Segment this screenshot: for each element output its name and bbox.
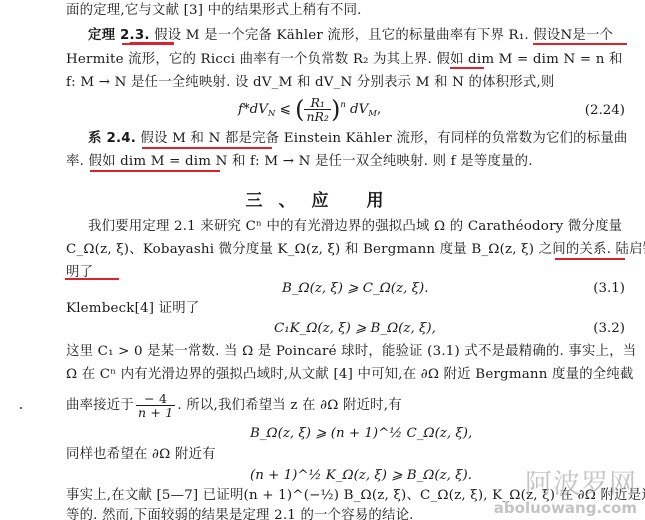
text-line: 这里 C₁ > 0 是某一常数. 当 Ω 是 Poincaré 球时，能验证 (…	[66, 343, 626, 361]
annotation-underline	[142, 147, 272, 149]
theorem-label: 定理 2.3.	[88, 28, 150, 43]
text-line: 率. 假如 dim M = dim N 和 f: M → N 是任一双全纯映射.…	[66, 153, 626, 171]
text-line: 我们要用定理 2.1 来研究 Cⁿ 中的有光滑边界的强拟凸域 Ω 的 Carat…	[88, 218, 645, 236]
watermark-cn: 阿波罗网	[494, 470, 637, 500]
equation-3-1: B_Ω(z, ξ) ⩾ C_Ω(z, ξ).	[282, 280, 428, 298]
equation-2-24: f*dVN ⩽ (R₁nR₂)n dVM,	[238, 96, 381, 123]
watermark-url: aboluowang.com	[494, 500, 637, 517]
theorem-text: 假设 M 是一个完备 Kähler 流形，且它的标量曲率有下界 R₁. 假设N是…	[154, 28, 613, 43]
text-line: f: M → N 是任一全纯映射. 设 dV_M 和 dV_N 分别表示 M 和…	[66, 74, 626, 92]
text-line: Hermite 流形，它的 Ricci 曲率有一个负常数 R₂ 为其上界. 假如…	[66, 51, 626, 69]
text-line: 面的定理,它与文献 [3] 中的结果形式上稍有不同.	[66, 2, 626, 20]
annotation-underline	[450, 67, 484, 69]
text-line: Ω 在 Cⁿ 内有光滑边界的强拟凸域时,从文献 [4] 中可知,在 ∂Ω 附近 …	[66, 366, 626, 384]
document-page: 面的定理,它与文献 [3] 中的结果形式上稍有不同. 定理 2.3. 假设 M …	[0, 0, 645, 520]
equation-number: (2.24)	[585, 102, 625, 120]
equation-hope-1: B_Ω(z, ξ) ⩾ (n + 1)^½ C_Ω(z, ξ),	[250, 425, 472, 443]
equation-3-2: C₁K_Ω(z, ξ) ⩾ B_Ω(z, ξ),	[274, 320, 436, 338]
annotation-underline	[533, 43, 627, 45]
text-line: C_Ω(z, ξ)、Kobayashi 微分度量 K_Ω(z, ξ) 和 Ber…	[66, 241, 626, 259]
fraction: − 4n + 1	[136, 392, 175, 419]
watermark: 阿波罗网 aboluowang.com	[494, 470, 637, 517]
annotation-underline	[130, 42, 174, 44]
scan-speck	[20, 407, 22, 409]
corollary-label: 系 2.4.	[88, 131, 136, 146]
annotation-underline	[555, 258, 625, 260]
text-line: 同样也希望在 ∂Ω 附近有	[66, 446, 626, 464]
corollary-2-4: 系 2.4. 假设 M 和 N 都是完备 Einstein Kähler 流形，…	[88, 130, 645, 148]
annotation-underline	[90, 170, 220, 172]
corollary-text: 假设 M 和 N 都是完备 Einstein Kähler 流形，有同样的负常数…	[141, 131, 628, 146]
equation-hope-2: (n + 1)^½ K_Ω(z, ξ) ⩾ B_Ω(z, ξ).	[250, 467, 472, 485]
section-title: 三、应 用	[0, 186, 645, 211]
equation-number: (3.2)	[593, 320, 625, 338]
equation-number: (3.1)	[593, 280, 625, 298]
annotation-underline	[65, 278, 119, 280]
text-line: 曲率接近于− 4n + 1. 所以,我们希望当 z 在 ∂Ω 附近时,有	[66, 392, 626, 419]
text-line: Klembeck[4] 证明了	[66, 300, 626, 318]
